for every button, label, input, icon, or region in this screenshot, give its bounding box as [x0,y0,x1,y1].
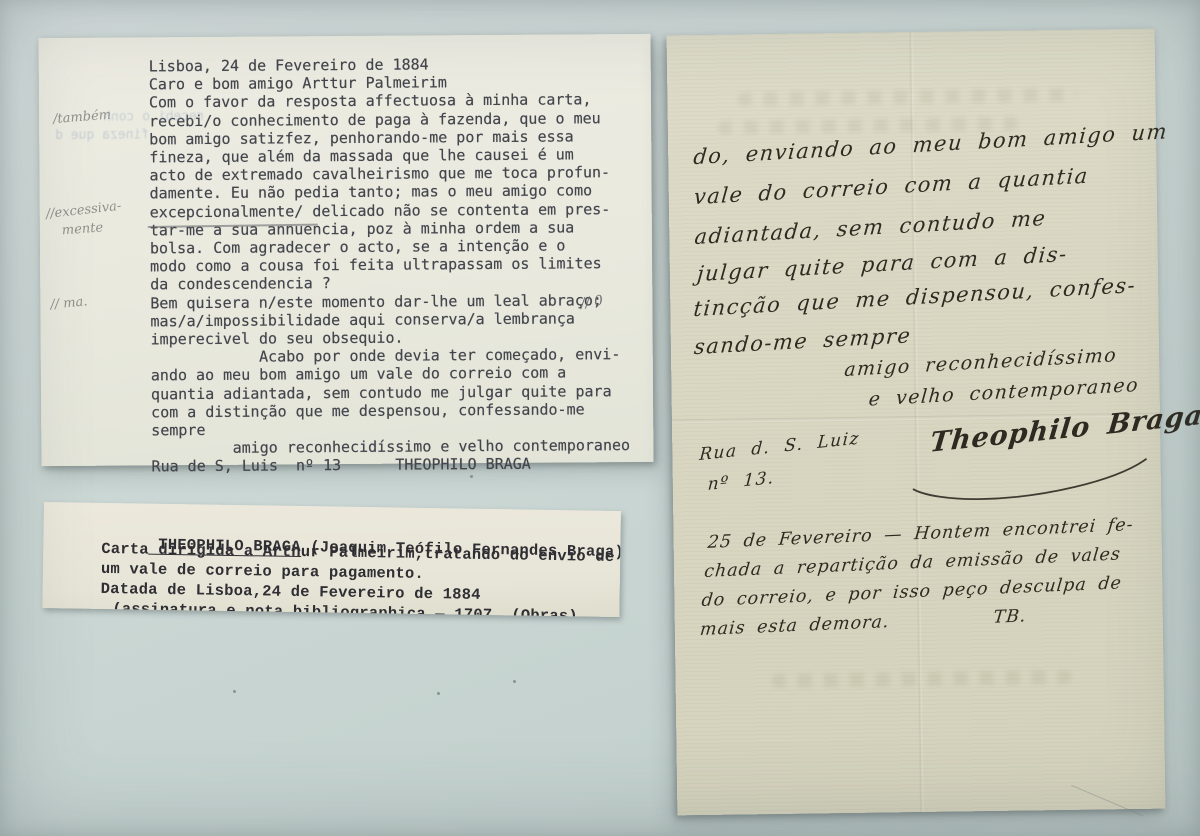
manuscript-address-street: Rua d. S. Luiz [699,428,861,465]
manuscript-closing-line: amigo reconhecidíssimo [843,344,1118,381]
dust-speck [513,680,516,683]
dust-speck [437,692,440,695]
ink-transfer-ghost: fineza que d [55,127,149,143]
manuscript-address-number: nº 13. [707,468,776,495]
typed-letter: Lisboa, 24 de Fevereiro de 1884 Caro e b… [39,34,654,466]
manuscript-line: vale do correio com a quantia [693,164,1090,210]
manuscript-closing-line: e velho contemporaneo [868,374,1140,411]
typed-line: com a distinção que me despensou, confes… [151,400,630,422]
manuscript-page: do, enviando ao meu bom amigo um vale do… [667,29,1166,816]
pencil-margin-note-zero: // 0 [579,293,604,312]
typed-line: Rua de S, Luis nº 13 THEOPHILO BRAGA [151,454,630,476]
pencil-margin-note-ma: // ma. [50,294,88,312]
manuscript-line: adiantada, sem contudo me [694,206,1048,249]
bleedthrough-ghost [772,670,1072,688]
photo-background: Lisboa, 24 de Fevereiro de 1884 Caro e b… [0,0,1200,836]
label-line: um vale de correio para pagamento. [101,560,424,583]
manuscript-postscript-line: mais esta demora. TB. [699,606,1027,640]
dust-speck [470,475,473,478]
pencil-margin-note-mente: mente [61,220,103,238]
label-clipped-line: (assinatura e nota bibliographica — 1707… [112,600,578,617]
signature-theophilo-braga: Theophilo Braga [929,400,1200,459]
typed-letter-body: Lisboa, 24 de Fevereiro de 1884 Caro e b… [149,54,631,476]
catalog-label-strip: THEOPHILO BRAGA (Joaquim Teófilo Fernand… [42,502,621,617]
pencil-margin-note-excessiva: //excessiva- [45,199,122,222]
bleedthrough-ghost [737,88,1077,107]
ink-transfer-ghost: recebi o conh [103,109,205,125]
signature-flourish [910,453,1151,514]
manuscript-line: sando-me sempre [693,323,912,359]
dust-speck [233,690,236,693]
typed-line: mas/a/impossibilidade aqui conserva/a le… [150,309,629,331]
